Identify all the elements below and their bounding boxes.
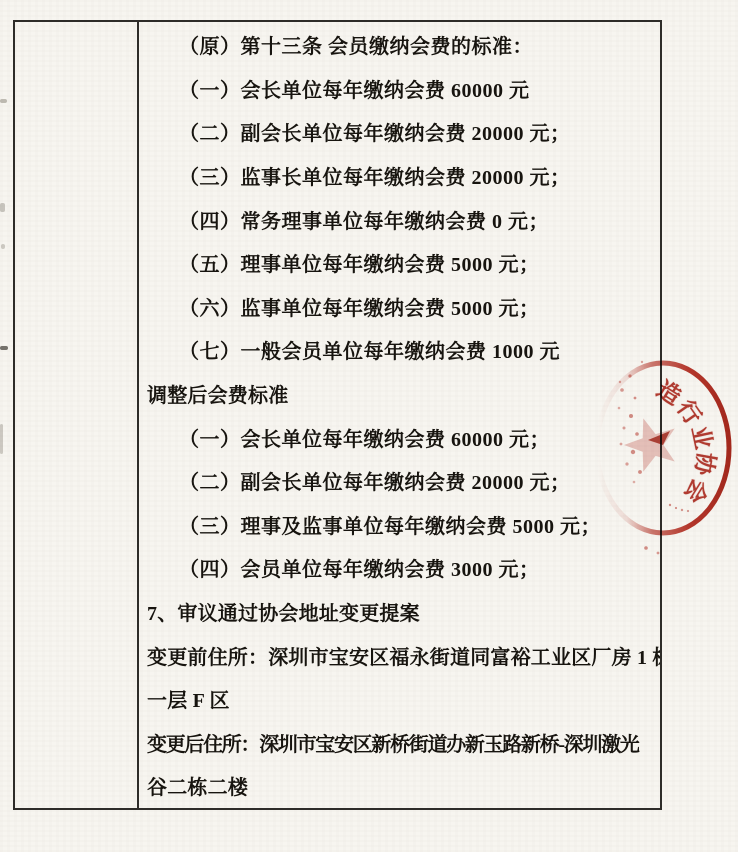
scan-artifact [0,346,8,350]
scan-artifact [1,244,5,249]
table-text-line: （五）理事单位每年缴纳会费 5000 元； [139,241,660,285]
table-text-line: （二）副会长单位每年缴纳会费 20000 元； [139,459,660,503]
seal-char: 协 [692,449,722,479]
table-text-line: （三）监事长单位每年缴纳会费 20000 元； [139,154,660,198]
table-text-line: （一）会长单位每年缴纳会费 60000 元 [139,67,660,111]
table-text-line: 谷二栋二楼 [139,764,660,808]
table-text-line: 调整后会费标准 [139,372,660,416]
table-text-line: （四）会员单位每年缴纳会费 3000 元； [139,546,660,590]
table-text-line: 一层 F 区 [139,677,660,721]
table-text-line: （二）副会长单位每年缴纳会费 20000 元； [139,110,660,154]
table-text-line: 7、审议通过协会地址变更提案 [139,590,660,634]
table-text-line: （六）监事单位每年缴纳会费 5000 元； [139,285,660,329]
seal-char: 会 [680,474,716,510]
table-text-line: （原）第十三条 会员缴纳会费的标准： [139,23,660,67]
table-text-line: （七）一般会员单位每年缴纳会费 1000 元 [139,328,660,372]
table-text-line: 变更前住所：深圳市宝安区福永街道同富裕工业区厂房 1 栋 [139,633,660,677]
table-text-line: （一）会长单位每年缴纳会费 60000 元； [139,415,660,459]
scan-artifact [0,424,3,454]
seal-char: 业 [689,422,720,453]
table-text-line: （三）理事及监事单位每年缴纳会费 5000 元； [139,503,660,547]
scan-artifact [0,99,7,103]
table-left-empty-cell [15,22,139,808]
document-table: （原）第十三条 会员缴纳会费的标准：（一）会长单位每年缴纳会费 60000 元（… [13,20,662,810]
table-text-line: （四）常务理事单位每年缴纳会费 0 元； [139,197,660,241]
seal-char: 行 [673,393,709,429]
table-text-line: 变更后住所：深圳市宝安区新桥街道办新玉路新桥-深圳激光 [139,721,660,765]
table-content-cell: （原）第十三条 会员缴纳会费的标准：（一）会长单位每年缴纳会费 60000 元（… [139,22,660,808]
scan-artifact [0,203,5,212]
